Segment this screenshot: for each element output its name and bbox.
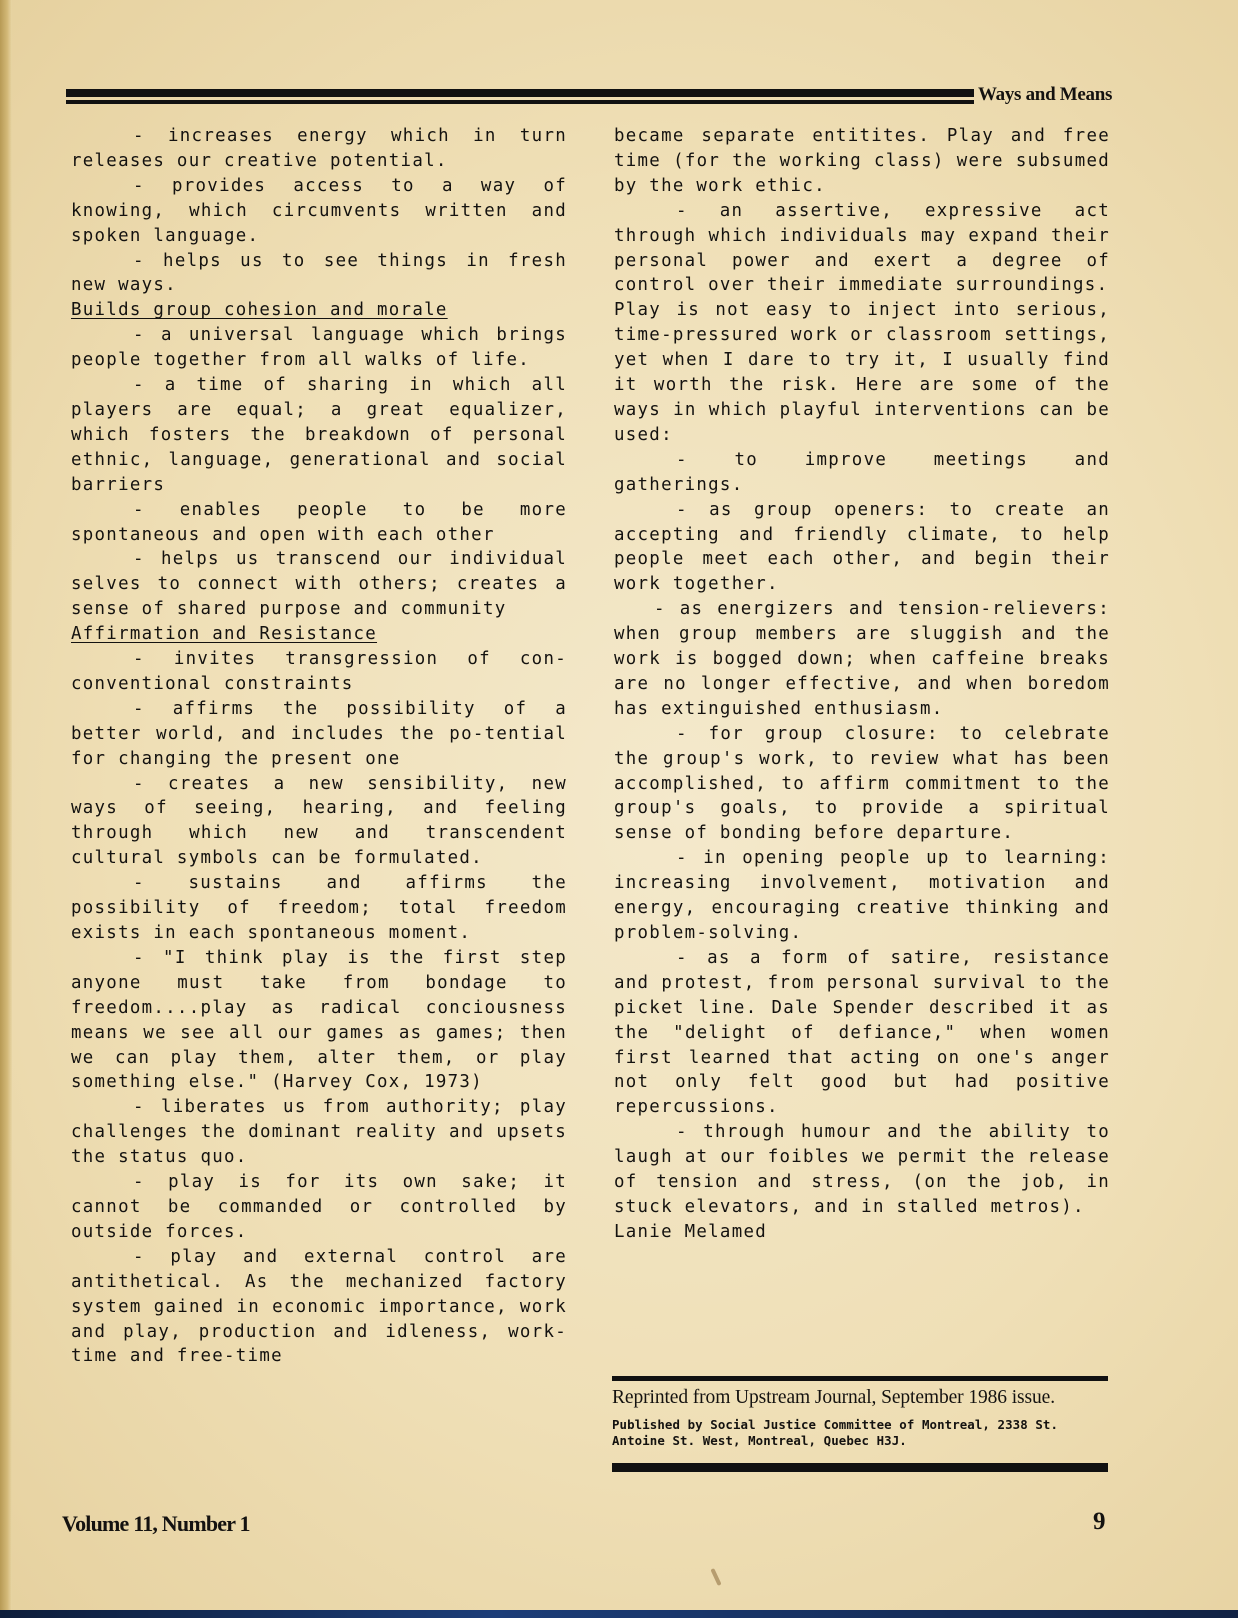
list-item: - play and external control are antithet… <box>71 1245 567 1370</box>
right-column: became separate entitites. Play and free… <box>614 124 1110 1245</box>
list-item: - provides access to a way of knowing, w… <box>71 174 567 249</box>
list-item: - an assertive, expressive act through w… <box>614 199 1110 299</box>
header-rule <box>66 89 974 104</box>
list-item: - affirms the possibility of a better wo… <box>71 697 567 772</box>
list-item: - helps us transcend our individual selv… <box>71 547 567 622</box>
left-column: - increases energy which in turn release… <box>71 124 567 1369</box>
page-spine-edge <box>0 0 12 1618</box>
paper-blemish <box>710 1568 721 1586</box>
author-signature: Lanie Melamed <box>614 1220 1110 1245</box>
list-item: - helps us to see things in fresh new wa… <box>71 249 567 299</box>
list-item: - in opening people up to learning: incr… <box>614 846 1110 946</box>
list-item: - a universal language which brings peop… <box>71 323 567 373</box>
reprint-note: Reprinted from Upstream Journal, Septemb… <box>612 1387 1108 1409</box>
continuation-paragraph: became separate entitites. Play and free… <box>614 124 1110 199</box>
page-number: 9 <box>1093 1508 1106 1536</box>
list-item: - invites transgression of con-conventio… <box>71 647 567 697</box>
list-item: - as a form of satire, resistance and pr… <box>614 946 1110 1120</box>
list-item: - through humour and the ability to laug… <box>614 1120 1110 1220</box>
volume-number: Volume 11, Number 1 <box>62 1511 250 1537</box>
list-item: - increases energy which in turn release… <box>71 124 567 174</box>
list-item: - creates a new sensibility, new ways of… <box>71 772 567 872</box>
list-item: - sustains and affirms the possibility o… <box>71 871 567 946</box>
list-item: - as group openers: to create an accepti… <box>614 498 1110 598</box>
scan-edge-strip <box>0 1610 1238 1618</box>
footer-rule-bottom <box>612 1463 1108 1472</box>
list-item: - enables people to be more spontaneous … <box>71 498 567 548</box>
footer-rule-top <box>612 1376 1108 1381</box>
header-rule-thin <box>66 100 974 104</box>
paragraph: Play is not easy to inject into serious,… <box>614 298 1110 447</box>
publisher-info: Published by Social Justice Committee of… <box>612 1417 1108 1449</box>
reprint-footer-box: Reprinted from Upstream Journal, Septemb… <box>612 1376 1108 1472</box>
publisher-line-2: Antoine St. West, Montreal, Quebec H3J. <box>612 1433 1108 1449</box>
subheading: Builds group cohesion and morale <box>71 298 567 323</box>
list-item: - a time of sharing in which all players… <box>71 373 567 498</box>
subheading: Affirmation and Resistance <box>71 622 567 647</box>
list-item: - liberates us from authority; play chal… <box>71 1095 567 1170</box>
list-item: - "I think play is the first step anyone… <box>71 946 567 1095</box>
header-rule-thick <box>66 89 974 97</box>
list-item: - to improve meetings and gatherings. <box>614 448 1110 498</box>
publisher-line-1: Published by Social Justice Committee of… <box>612 1417 1108 1433</box>
list-item: - for group closure: to celebrate the gr… <box>614 722 1110 847</box>
list-item: - play is for its own sake; it cannot be… <box>71 1170 567 1245</box>
list-item: - as energizers and tension-relievers: w… <box>614 597 1110 722</box>
section-title: Ways and Means <box>978 84 1112 106</box>
